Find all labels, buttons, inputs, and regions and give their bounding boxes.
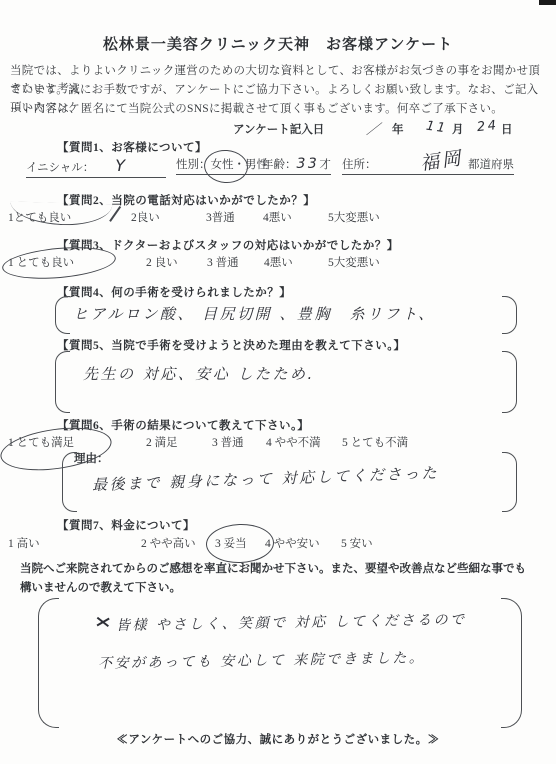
q4-right-paren <box>502 296 517 334</box>
q6-answer-handwritten: 最後まで 親身になって 対応してくださった <box>92 462 440 495</box>
q7-option-1: 1 高い <box>8 535 40 551</box>
q3-option-5: 5大変悪い <box>328 254 380 270</box>
date-year-suffix: 年 <box>392 121 404 137</box>
q1-initial-field: イニシャル： Y <box>26 156 166 178</box>
q1-age-suffix: 才 <box>319 159 331 171</box>
q7-options-row: 1 高い 2 やや高い 3 妥当 4 やや安い 5 安い <box>0 535 556 553</box>
q2-option-4: 4悪い <box>263 209 292 225</box>
survey-scan-page: 松林景一美容クリニック天神 お客様アンケート 当院では、よりよいクリニック運営の… <box>0 0 556 764</box>
q1-address-suffix: 都道府県 <box>468 156 514 172</box>
date-label: アンケート記入日 <box>233 121 324 137</box>
q6-option-2: 2 満足 <box>146 434 178 450</box>
q1-fields-row: イニシャル： Y 性別：女性・男性 年齢：33才 住所： 都道府県 福岡 <box>0 156 556 182</box>
q1-age-field: 年齢：33才 <box>262 156 331 175</box>
comment-line-2-handwritten: 不安があっても 安心して 来院できました。 <box>98 647 426 673</box>
feedback-prompt-line-1: 当院へご来院されてからのご感想を率直にお聞かせ下さい。また、要望や改善点など些細… <box>20 560 542 579</box>
q7-option-2: 2 やや高い <box>141 535 196 551</box>
q6-option-3: 3 普通 <box>212 434 244 450</box>
feedback-comment-box: 皆様 やさしく、笑顔で 対応 してくださるので 不安があっても 安心して 来院で… <box>38 598 522 728</box>
q4-left-paren <box>55 296 70 334</box>
page-title: 松林景一美容クリニック天神 お客様アンケート <box>0 33 556 54</box>
q7-option-5: 5 安い <box>341 535 373 551</box>
date-month-handwritten: 11 <box>425 119 448 137</box>
q3-selection-circle <box>1 243 117 283</box>
scan-artifact <box>539 0 556 5</box>
date-month-suffix: 月 <box>452 121 464 137</box>
q6-left-paren <box>62 452 77 512</box>
comment-left-paren <box>38 598 59 728</box>
date-line: アンケート記入日 ／ 年 11 月 24 日 <box>0 121 556 141</box>
comment-right-paren <box>501 598 522 728</box>
feedback-prompt-line-2: 構いませんので教えて下さい。 <box>20 579 542 598</box>
q4-answer-handwritten: ヒアルロン酸、 目尻切開 、豊胸 糸リフト、 <box>73 303 436 324</box>
q1-age-label: 年齢： <box>262 159 297 171</box>
date-day-suffix: 日 <box>501 121 513 137</box>
q3-option-3: 3 普通 <box>207 254 239 270</box>
q6-answer-box: 最後まで 親身になって 対応してくださった <box>62 452 517 512</box>
crossed-out-character <box>96 616 110 628</box>
footer-thanks: ≪アンケートへのご協力、誠にありがとうございました。≫ <box>0 731 556 747</box>
q5-right-paren <box>502 351 517 413</box>
q5-answer-box: 先生の 対応、安心 したため. <box>55 351 517 413</box>
intro-line-3: ート内容は、匿名にて当院公式のSNSに掲載させて頂く事もございます。何卒ご了承下… <box>10 100 550 118</box>
q1-age-value-handwritten: 33 <box>297 156 320 172</box>
q3-option-2: 2 良い <box>146 254 178 270</box>
q5-left-paren <box>55 351 70 413</box>
q1-initial-value-handwritten: Y <box>115 156 127 175</box>
q6-option-4: 4 やや不満 <box>266 434 321 450</box>
date-year-handwritten: ／ <box>366 119 383 139</box>
q3-option-4: 4悪い <box>264 254 293 270</box>
q5-answer-handwritten: 先生の 対応、安心 したため. <box>83 363 315 384</box>
q7-selection-circle <box>205 523 274 564</box>
q1-address-label: 住所： <box>342 159 377 171</box>
q2-option-2: 2良い <box>131 209 160 225</box>
q2-option-3: 3普通 <box>206 209 235 225</box>
date-day-handwritten: 24 <box>476 118 499 135</box>
q7-header: 【質問7、料金について】 <box>57 517 195 533</box>
q1-header: 【質問1、お客様について】 <box>57 139 207 155</box>
q6-option-5: 5 とても不満 <box>342 434 408 450</box>
q6-right-paren <box>502 452 517 512</box>
q4-answer-box: ヒアルロン酸、 目尻切開 、豊胸 糸リフト、 <box>55 296 517 334</box>
comment-line-1-handwritten: 皆様 やさしく、笑顔で 対応 してくださるので <box>116 609 467 635</box>
q2-option-5: 5大変悪い <box>328 209 380 225</box>
q1-initial-label: イニシャル： <box>26 162 94 174</box>
